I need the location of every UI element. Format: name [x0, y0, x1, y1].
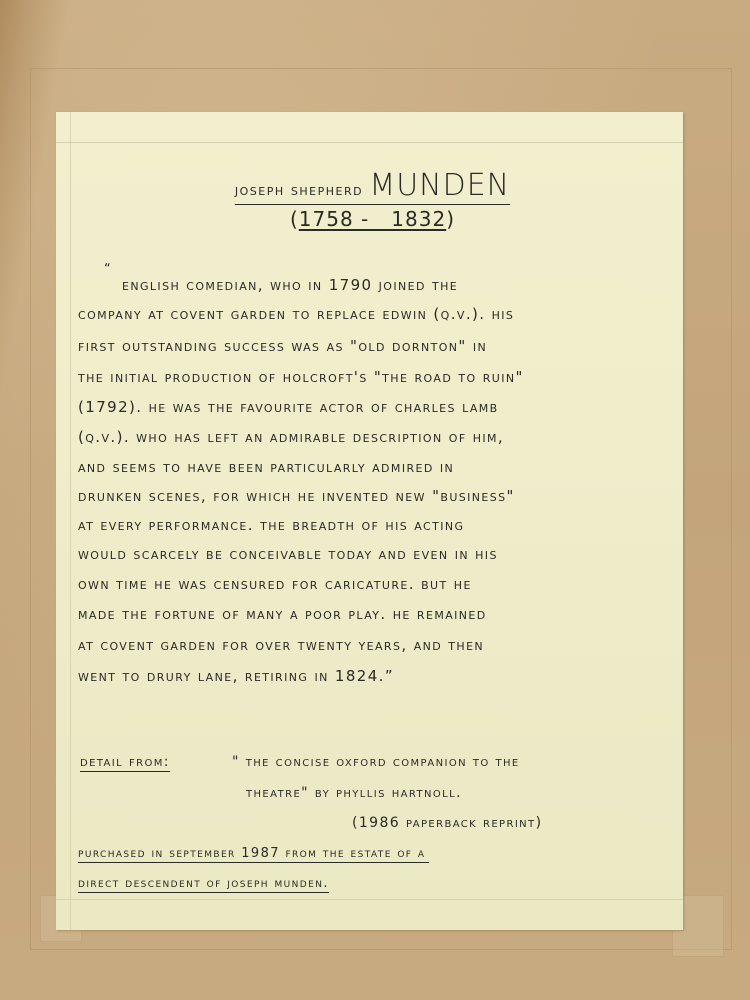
paper-crease: [70, 112, 71, 930]
life-dates: (1758 - 1832): [200, 207, 545, 231]
provenance-line: Purchased in September 1987 from the est…: [78, 846, 429, 861]
quote-line: and seems to have been particularly admi…: [78, 458, 454, 476]
subject-name: Joseph Shepherd MUNDEN: [235, 168, 510, 205]
given-names: Joseph Shepherd: [235, 181, 363, 199]
quote-line: own time he was censured for caricature.…: [78, 575, 472, 593]
quote-line: at every performance. The breadth of his…: [78, 516, 464, 534]
quote-line: company at Covent Garden to replace Edwi…: [78, 305, 514, 323]
quote-line: first outstanding success was as "Old Do…: [78, 337, 487, 355]
quote-line: English Comedian, who in 1790 joined the: [122, 276, 458, 294]
quote-line: went to Drury Lane, retiring in 1824.”: [78, 667, 394, 685]
quote-line: the initial production of Holcroft's "Th…: [78, 368, 524, 386]
quote-line: (q.v.). who has left an admirable descri…: [78, 428, 504, 446]
source-label: Detail from:: [80, 754, 170, 770]
quote-line: at Covent Garden for over twenty years, …: [78, 636, 484, 654]
paper-crease: [56, 899, 683, 900]
surname: MUNDEN: [369, 168, 510, 203]
quote-line: made the fortune of many a poor play. He…: [78, 605, 487, 623]
opening-quote-mark: “: [104, 262, 111, 277]
life-years: 1758 - 1832: [299, 207, 446, 231]
provenance-line: direct descendent of Joseph Munden.: [78, 876, 329, 891]
source-edition-line: (1986 Paperback Reprint): [352, 815, 542, 831]
source-title-line: " The Concise Oxford Companion to the: [232, 754, 520, 770]
note-heading: Joseph Shepherd MUNDEN (1758 - 1832): [200, 168, 545, 231]
quote-line: drunken scenes, for which he invented ne…: [78, 487, 515, 505]
source-author-line: Theatre" by Phyllis Hartnoll.: [246, 785, 462, 801]
paper-crease: [56, 142, 683, 143]
quote-line: (1792). He was the favourite actor of Ch…: [78, 398, 499, 416]
quote-line: would scarcely be conceivable today and …: [78, 545, 498, 563]
